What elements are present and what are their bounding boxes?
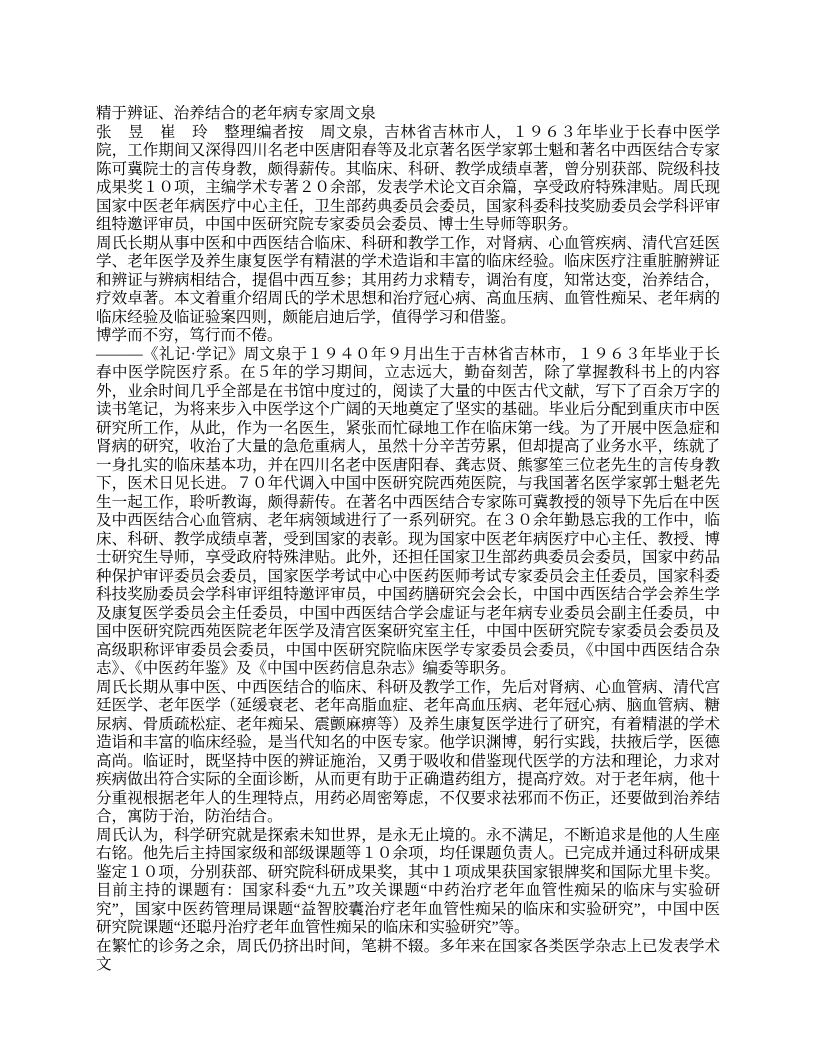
paragraph-biography: ———《礼记·学记》周文泉于１９４０年９月出生于吉林省吉林市，１９６３年毕业于长…: [96, 346, 720, 679]
paragraph-writing: 在繁忙的诊务之余，周氏仍挤出时间，笔耕不辍。多年来在国家各类医学杂志上已发表学术…: [96, 938, 720, 975]
paragraph-overview: 周氏长期从事中医和中西医结合临床、科研和教学工作，对肾病、心血管疾病、清代宫廷医…: [96, 235, 720, 328]
paragraph-academic-expertise: 周氏长期从事中医、中西医结合的临床、科研及教学工作，先后对肾病、心血管病、清代宫…: [96, 679, 720, 827]
paragraph-research-projects: 周氏认为，科学研究就是探索未知世界，是永无止境的。永不满足，不断追求是他的人生座…: [96, 827, 720, 938]
document-page: 精于辨证、治养结合的老年病专家周文泉 张 昱 崔 玲 整理编者按 周文泉，吉林省…: [0, 0, 816, 1056]
paragraph-editors-note: 张 昱 崔 玲 整理编者按 周文泉，吉林省吉林市人，１９６３年毕业于长春中医学院…: [96, 124, 720, 235]
document-title: 精于辨证、治养结合的老年病专家周文泉: [96, 105, 720, 124]
paragraph-motto: 博学而不穷，笃行而不倦。: [96, 327, 720, 346]
